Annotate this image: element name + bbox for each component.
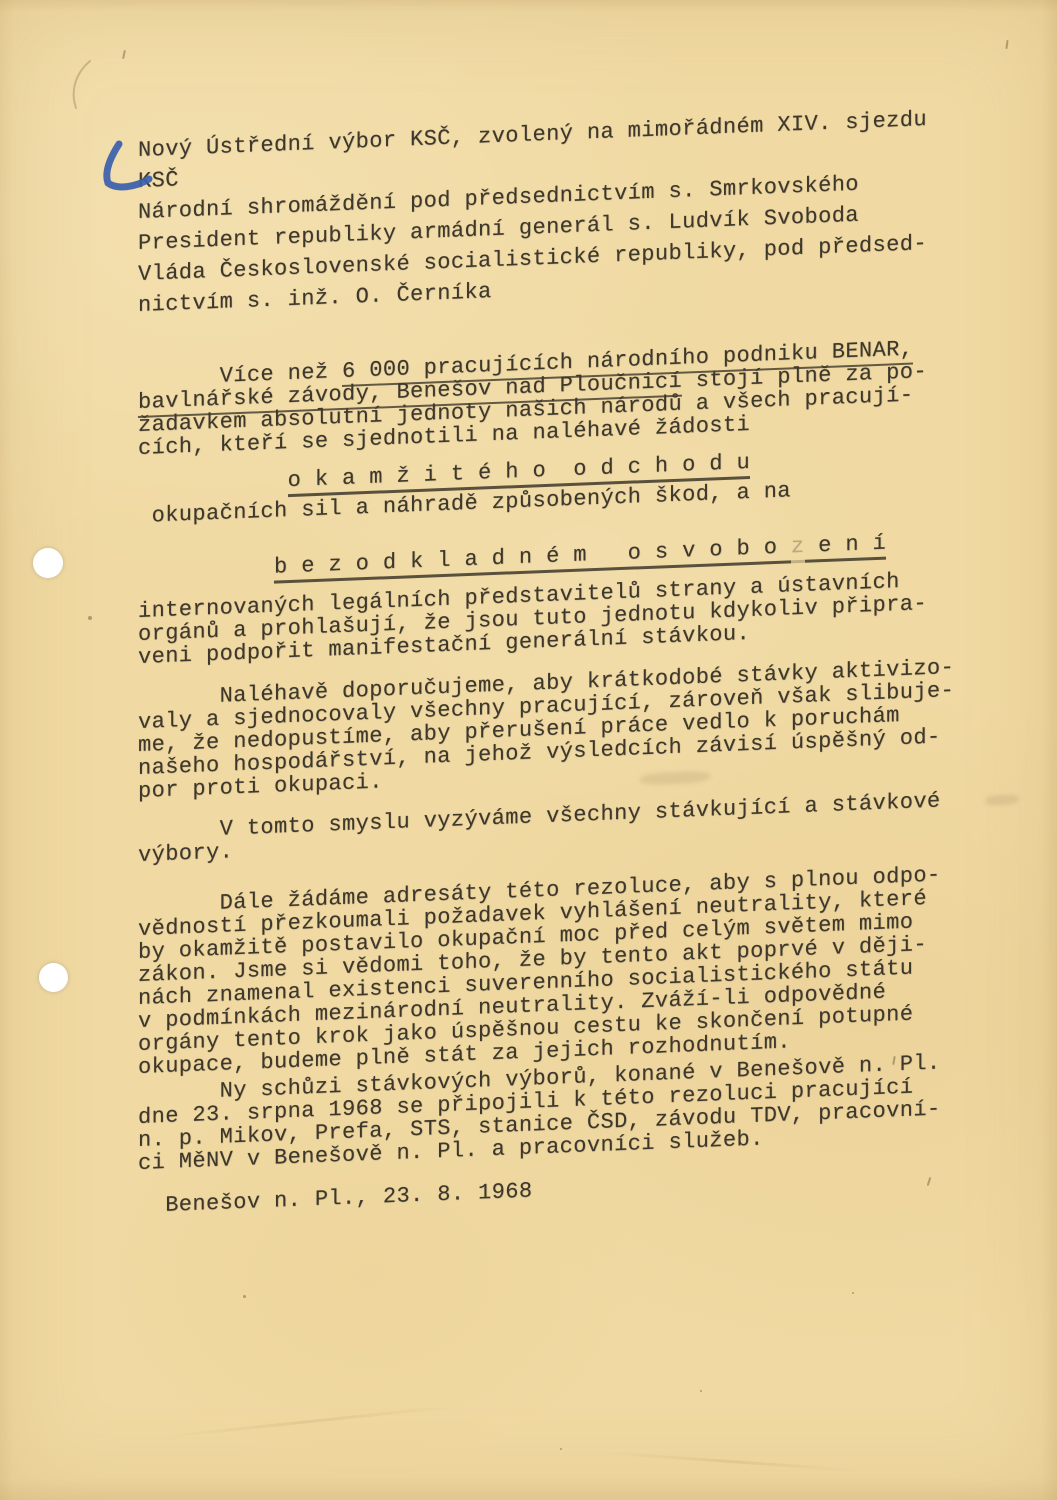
punch-hole (39, 963, 68, 992)
institutions-list: Nový Ústřední výbor KSČ, zvolený na mimo… (138, 104, 927, 321)
paper-speck (88, 616, 92, 620)
paper-speck (560, 1448, 562, 1450)
ink-speck-tick (1005, 40, 1008, 49)
ink-speck-tick (122, 50, 126, 59)
dateline: Benešov n. Pl., 23. 8. 1968 (138, 1180, 532, 1218)
text-line: Benešov n. Pl., 23. 8. 1968 (138, 1180, 532, 1218)
paragraph-resolution-intro: Více než 6 000 pracujících národního pod… (138, 337, 927, 460)
paper-speck (700, 1390, 702, 1392)
document-page: { "colors":{ "paper":"#f0d9a2", "ink":"#… (0, 0, 1057, 1500)
paragraph-interned-officials: internovaných legálních představitelů st… (138, 569, 927, 669)
paper-crease (161, 1404, 460, 1438)
paragraph-neutrality: Dále žádáme adresáty této rezoluce, aby … (138, 863, 941, 1079)
paper-speck (243, 1295, 246, 1298)
pencil-mark (60, 58, 100, 112)
paragraph-appeal: V tomto smyslu vyzýváme všechny stávkují… (138, 789, 941, 867)
punch-hole (33, 548, 63, 578)
blue-pen-check-mark (97, 139, 159, 197)
paragraph-strikes-recommendation: Naléhavě doporučujeme, aby krátkodobé st… (138, 656, 954, 803)
document-text: Nový Ústřední výbor KSČ, zvolený na mimo… (138, 95, 1018, 1250)
paper-speck (852, 1292, 854, 1294)
paper-crease (600, 1451, 860, 1472)
